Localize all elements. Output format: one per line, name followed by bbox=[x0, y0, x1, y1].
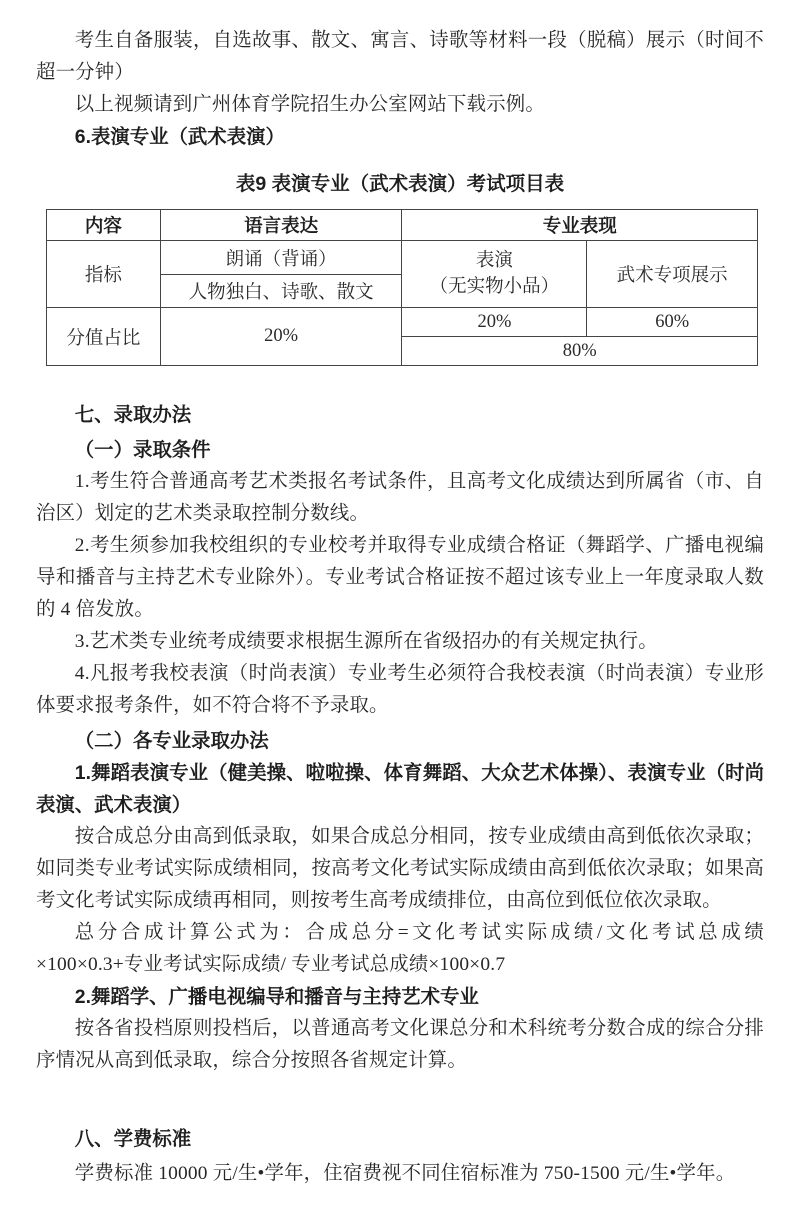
table9-title: 表9 表演专业（武术表演）考试项目表 bbox=[36, 169, 764, 199]
heading-admission-methods: （二）各专业录取办法 bbox=[36, 725, 764, 757]
cell-perform: 表演 （无实物小品） bbox=[402, 241, 587, 308]
para-video-example: 以上视频请到广州体育学院招生办公室网站下载示例。 bbox=[36, 89, 764, 121]
table-row-indicator-1: 指标 朗诵（背诵） 表演 （无实物小品） 武术专项展示 bbox=[47, 241, 758, 275]
para-condition-1: 1.考生符合普通高考艺术类报名考试条件，且高考文化成绩达到所属省（市、自治区）划… bbox=[36, 466, 764, 530]
para-condition-3: 3.艺术类专业统考成绩要求根据生源所在省级招办的有关规定执行。 bbox=[36, 626, 764, 658]
cell-score-label: 分值占比 bbox=[47, 308, 161, 366]
cell-language-pct: 20% bbox=[160, 308, 402, 366]
para-method2-rule: 按各省投档原则投档后，以普通高考文化课总分和术科统考分数合成的综合分排序情况从高… bbox=[36, 1013, 764, 1077]
heading-method1: 1.舞蹈表演专业（健美操、啦啦操、体育舞蹈、大众艺术体操）、表演专业（时尚表演、… bbox=[36, 757, 764, 821]
heading-admission-conditions: （一）录取条件 bbox=[36, 434, 764, 466]
heading-wushu-performance: 6.表演专业（武术表演） bbox=[36, 121, 764, 153]
para-condition-4: 4.凡报考我校表演（时尚表演）专业考生必须符合我校表演（时尚表演）专业形体要求报… bbox=[36, 658, 764, 722]
cell-professional-pct: 80% bbox=[402, 337, 758, 366]
cell-wushu-display: 武术专项展示 bbox=[587, 241, 758, 308]
table9-exam-items: 内容 语言表达 专业表现 指标 朗诵（背诵） 表演 （无实物小品） 武术专项展示… bbox=[46, 209, 758, 366]
cell-perform-line2: （无实物小品） bbox=[406, 274, 582, 300]
table-row-score-1: 分值占比 20% 20% 60% bbox=[47, 308, 758, 337]
para-costume-materials: 考生自备服装，自选故事、散文、寓言、诗歌等材料一段（脱稿）展示（时间不超一分钟） bbox=[36, 25, 764, 89]
header-cell-content: 内容 bbox=[47, 210, 161, 241]
para-tuition-fee: 学费标准 10000 元/生•学年，住宿费视不同住宿标准为 750-1500 元… bbox=[36, 1158, 764, 1190]
cell-monologue: 人物独白、诗歌、散文 bbox=[160, 275, 402, 308]
para-condition-2: 2.考生须参加我校组织的专业校考并取得专业成绩合格证（舞蹈学、广播电视编导和播音… bbox=[36, 530, 764, 626]
heading-section7: 七、录取办法 bbox=[36, 399, 764, 431]
heading-section8: 八、学费标准 bbox=[36, 1123, 764, 1155]
para-method1-formula: 总分合成计算公式为：合成总分=文化考试实际成绩/文化考试总成绩×100×0.3+… bbox=[36, 917, 764, 981]
cell-perform-pct: 20% bbox=[402, 308, 587, 337]
heading-method2: 2.舞蹈学、广播电视编导和播音与主持艺术专业 bbox=[36, 981, 764, 1013]
cell-indicator-label: 指标 bbox=[47, 241, 161, 308]
table-header-row: 内容 语言表达 专业表现 bbox=[47, 210, 758, 241]
cell-wushu-pct: 60% bbox=[587, 308, 758, 337]
header-cell-language: 语言表达 bbox=[160, 210, 402, 241]
document-page: 考生自备服装，自选故事、散文、寓言、诗歌等材料一段（脱稿）展示（时间不超一分钟）… bbox=[0, 0, 800, 1205]
cell-perform-line1: 表演 bbox=[406, 248, 582, 274]
para-method1-rule: 按合成总分由高到低录取，如果合成总分相同，按专业成绩由高到低依次录取；如同类专业… bbox=[36, 821, 764, 917]
header-cell-professional: 专业表现 bbox=[402, 210, 758, 241]
cell-recite: 朗诵（背诵） bbox=[160, 241, 402, 275]
